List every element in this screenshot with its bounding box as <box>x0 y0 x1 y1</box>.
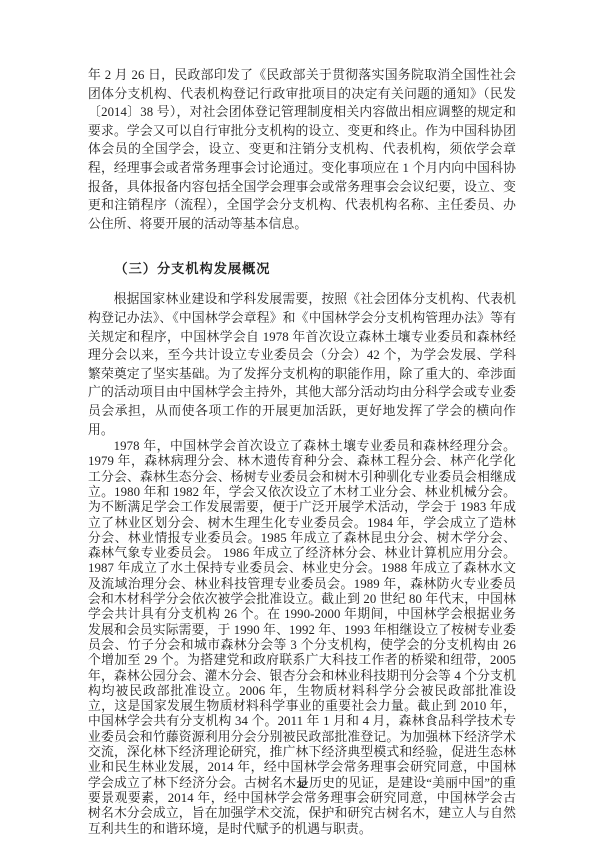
page-body: 年 2 月 26 日，民政部印发了《民政部关于贯彻落实国务院取消全国性社会团体分… <box>88 66 516 837</box>
paragraph-branch-overview: 根据国家林业建设和学科发展需要，按照《社会团体分支机构、代表机构登记办法》、《中… <box>88 290 516 439</box>
paragraph-registration-policy: 年 2 月 26 日，民政部印发了《民政部关于贯彻落实国务院取消全国性社会团体分… <box>88 66 516 233</box>
paragraph-branch-history: 1978 年，中国林学会首次设立了森林土壤专业委员和森林经理分会。1979 年，… <box>88 439 516 837</box>
section-heading-branch-development: （三）分支机构发展概况 <box>88 258 516 277</box>
page-number: 32 <box>88 780 516 791</box>
document-page: 年 2 月 26 日，民政部印发了《民政部关于贯彻落实国务院取消全国性社会团体分… <box>0 0 600 848</box>
